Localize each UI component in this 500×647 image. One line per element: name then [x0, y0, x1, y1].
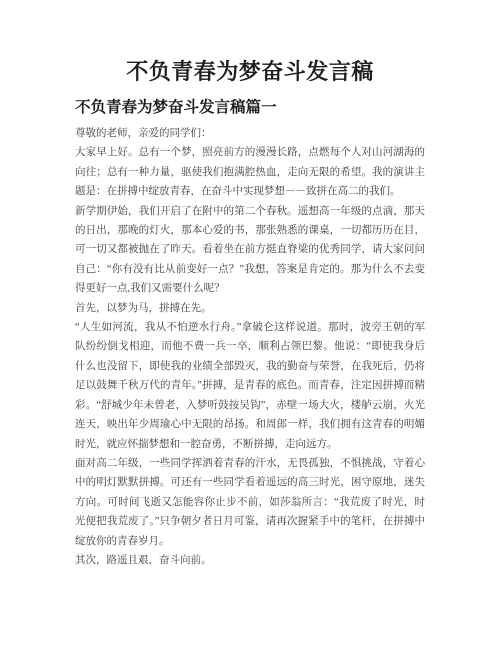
paragraph: 新学期伊始，我们开启了在附中的第二个春秋。遥想高一年级的点滴，那天的日出，那晚的…	[75, 202, 425, 299]
paragraph: 其次，路遥且艰，奋斗向前。	[75, 551, 425, 570]
document-title: 不负青春为梦奋斗发言稿	[0, 0, 500, 85]
section-heading: 不负青春为梦奋斗发言稿篇一	[75, 98, 425, 117]
paragraph-salutation: 尊敬的老师，亲爱的同学们：	[75, 124, 425, 143]
paragraph: “人生如河流，我从不怕逆水行舟。”拿破仑这样说道。那时，波旁王朝的军队纷纷倒戈相…	[75, 318, 425, 454]
document-body: 尊敬的老师，亲爱的同学们： 大家早上好。总有一个梦，照亮前方的漫漫长路，点燃每个…	[75, 124, 425, 570]
paragraph: 面对高二年级，一些同学挥洒着青春的汗水，无畏孤独，不惧挑战，守着心中的明灯默默拼…	[75, 454, 425, 551]
paragraph: 首先，以梦为马，拼搏在先。	[75, 299, 425, 318]
document-page: 不负青春为梦奋斗发言稿 不负青春为梦奋斗发言稿篇一 尊敬的老师，亲爱的同学们： …	[0, 0, 500, 647]
paragraph: 大家早上好。总有一个梦，照亮前方的漫漫长路，点燃每个人对山河湖海的向往；总有一种…	[75, 143, 425, 201]
